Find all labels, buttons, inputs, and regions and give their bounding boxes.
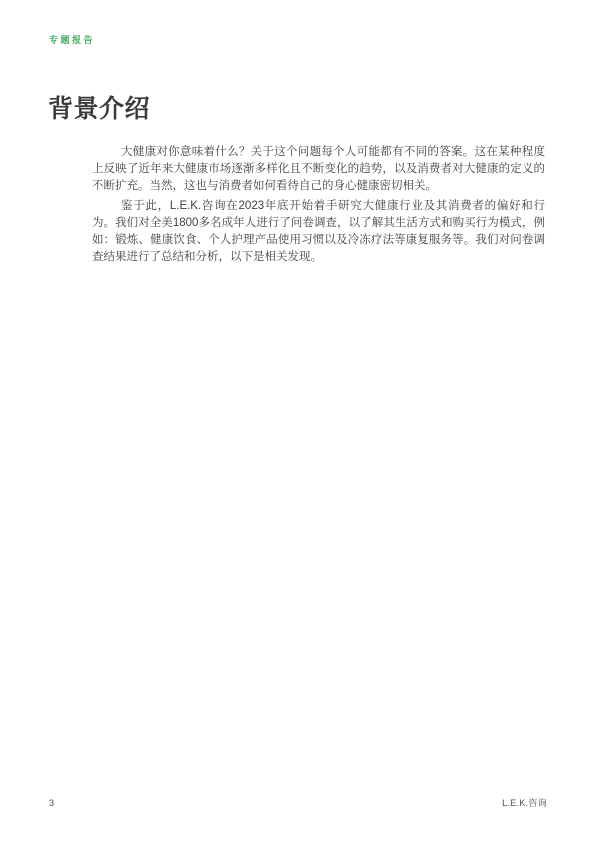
brand-name: L.E.K.咨询 [502, 796, 547, 809]
document-page: 专题报告 背景介绍 大健康对你意味着什么？关于这个问题每个人可能都有不同的答案。… [0, 0, 595, 841]
report-type-label: 专题报告 [49, 33, 95, 46]
page-number: 3 [49, 798, 54, 808]
body-paragraph-1: 大健康对你意味着什么？关于这个问题每个人可能都有不同的答案。这在某种程度上反映了… [92, 144, 545, 195]
page-title: 背景介绍 [48, 93, 150, 125]
body-paragraph-2: 鉴于此，L.E.K.咨询在2023年底开始着手研究大健康行业及其消费者的偏好和行… [92, 198, 545, 266]
page-footer: 3 L.E.K.咨询 [49, 796, 547, 809]
body-text-block: 大健康对你意味着什么？关于这个问题每个人可能都有不同的答案。这在某种程度上反映了… [92, 144, 545, 269]
